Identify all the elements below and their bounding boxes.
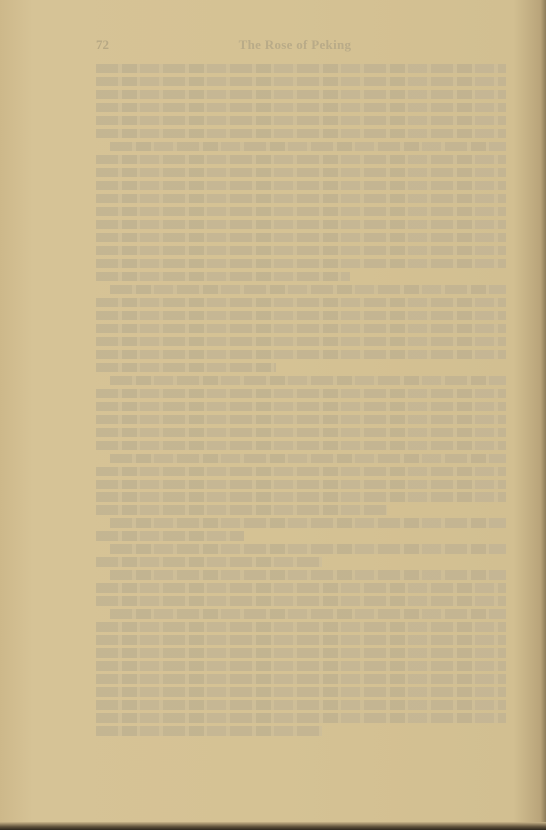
text-line [96, 298, 506, 307]
text-line [96, 531, 244, 540]
text-line [110, 454, 506, 463]
text-line [96, 713, 506, 722]
text-line [96, 90, 506, 99]
text-line [96, 207, 506, 216]
text-line [96, 415, 506, 424]
text-line [96, 64, 506, 73]
text-line [110, 376, 506, 385]
text-line [110, 285, 506, 294]
text-line [96, 324, 506, 333]
text-line [110, 609, 506, 618]
text-line [96, 428, 506, 437]
text-line [96, 480, 506, 489]
text-line [96, 402, 506, 411]
text-line [96, 635, 506, 644]
text-line [96, 77, 506, 86]
text-line [96, 311, 506, 320]
page-number: 72 [96, 37, 109, 53]
text-line [96, 233, 506, 242]
text-line [96, 194, 506, 203]
text-line [96, 648, 506, 657]
text-line [96, 246, 506, 255]
text-line [96, 700, 506, 709]
text-line [96, 505, 387, 514]
text-line [96, 168, 506, 177]
book-page: 72 The Rose of Peking [0, 0, 546, 830]
text-line [96, 622, 506, 631]
text-line [96, 129, 506, 138]
text-line [96, 155, 506, 164]
text-line [96, 492, 506, 501]
text-line [96, 687, 506, 696]
text-line [96, 103, 506, 112]
text-line [96, 220, 506, 229]
text-line [96, 441, 506, 450]
text-line [96, 726, 322, 735]
text-line [110, 518, 506, 527]
text-line [110, 142, 506, 151]
text-line [96, 583, 506, 592]
text-line [96, 337, 506, 346]
page-bottom-edge [0, 822, 546, 830]
text-line [96, 389, 506, 398]
text-line [96, 661, 506, 670]
text-line [96, 116, 506, 125]
text-line [96, 557, 322, 566]
text-line [110, 570, 506, 579]
page-body-text [96, 64, 506, 739]
text-line [96, 674, 506, 683]
text-line [96, 350, 506, 359]
text-line [96, 259, 506, 268]
text-line [96, 272, 350, 281]
text-line [110, 544, 506, 553]
text-line [96, 596, 506, 605]
text-line [96, 467, 506, 476]
running-title: The Rose of Peking [220, 37, 370, 53]
text-line [96, 363, 276, 372]
page-header: 72 The Rose of Peking [96, 37, 506, 55]
text-line [96, 181, 506, 190]
